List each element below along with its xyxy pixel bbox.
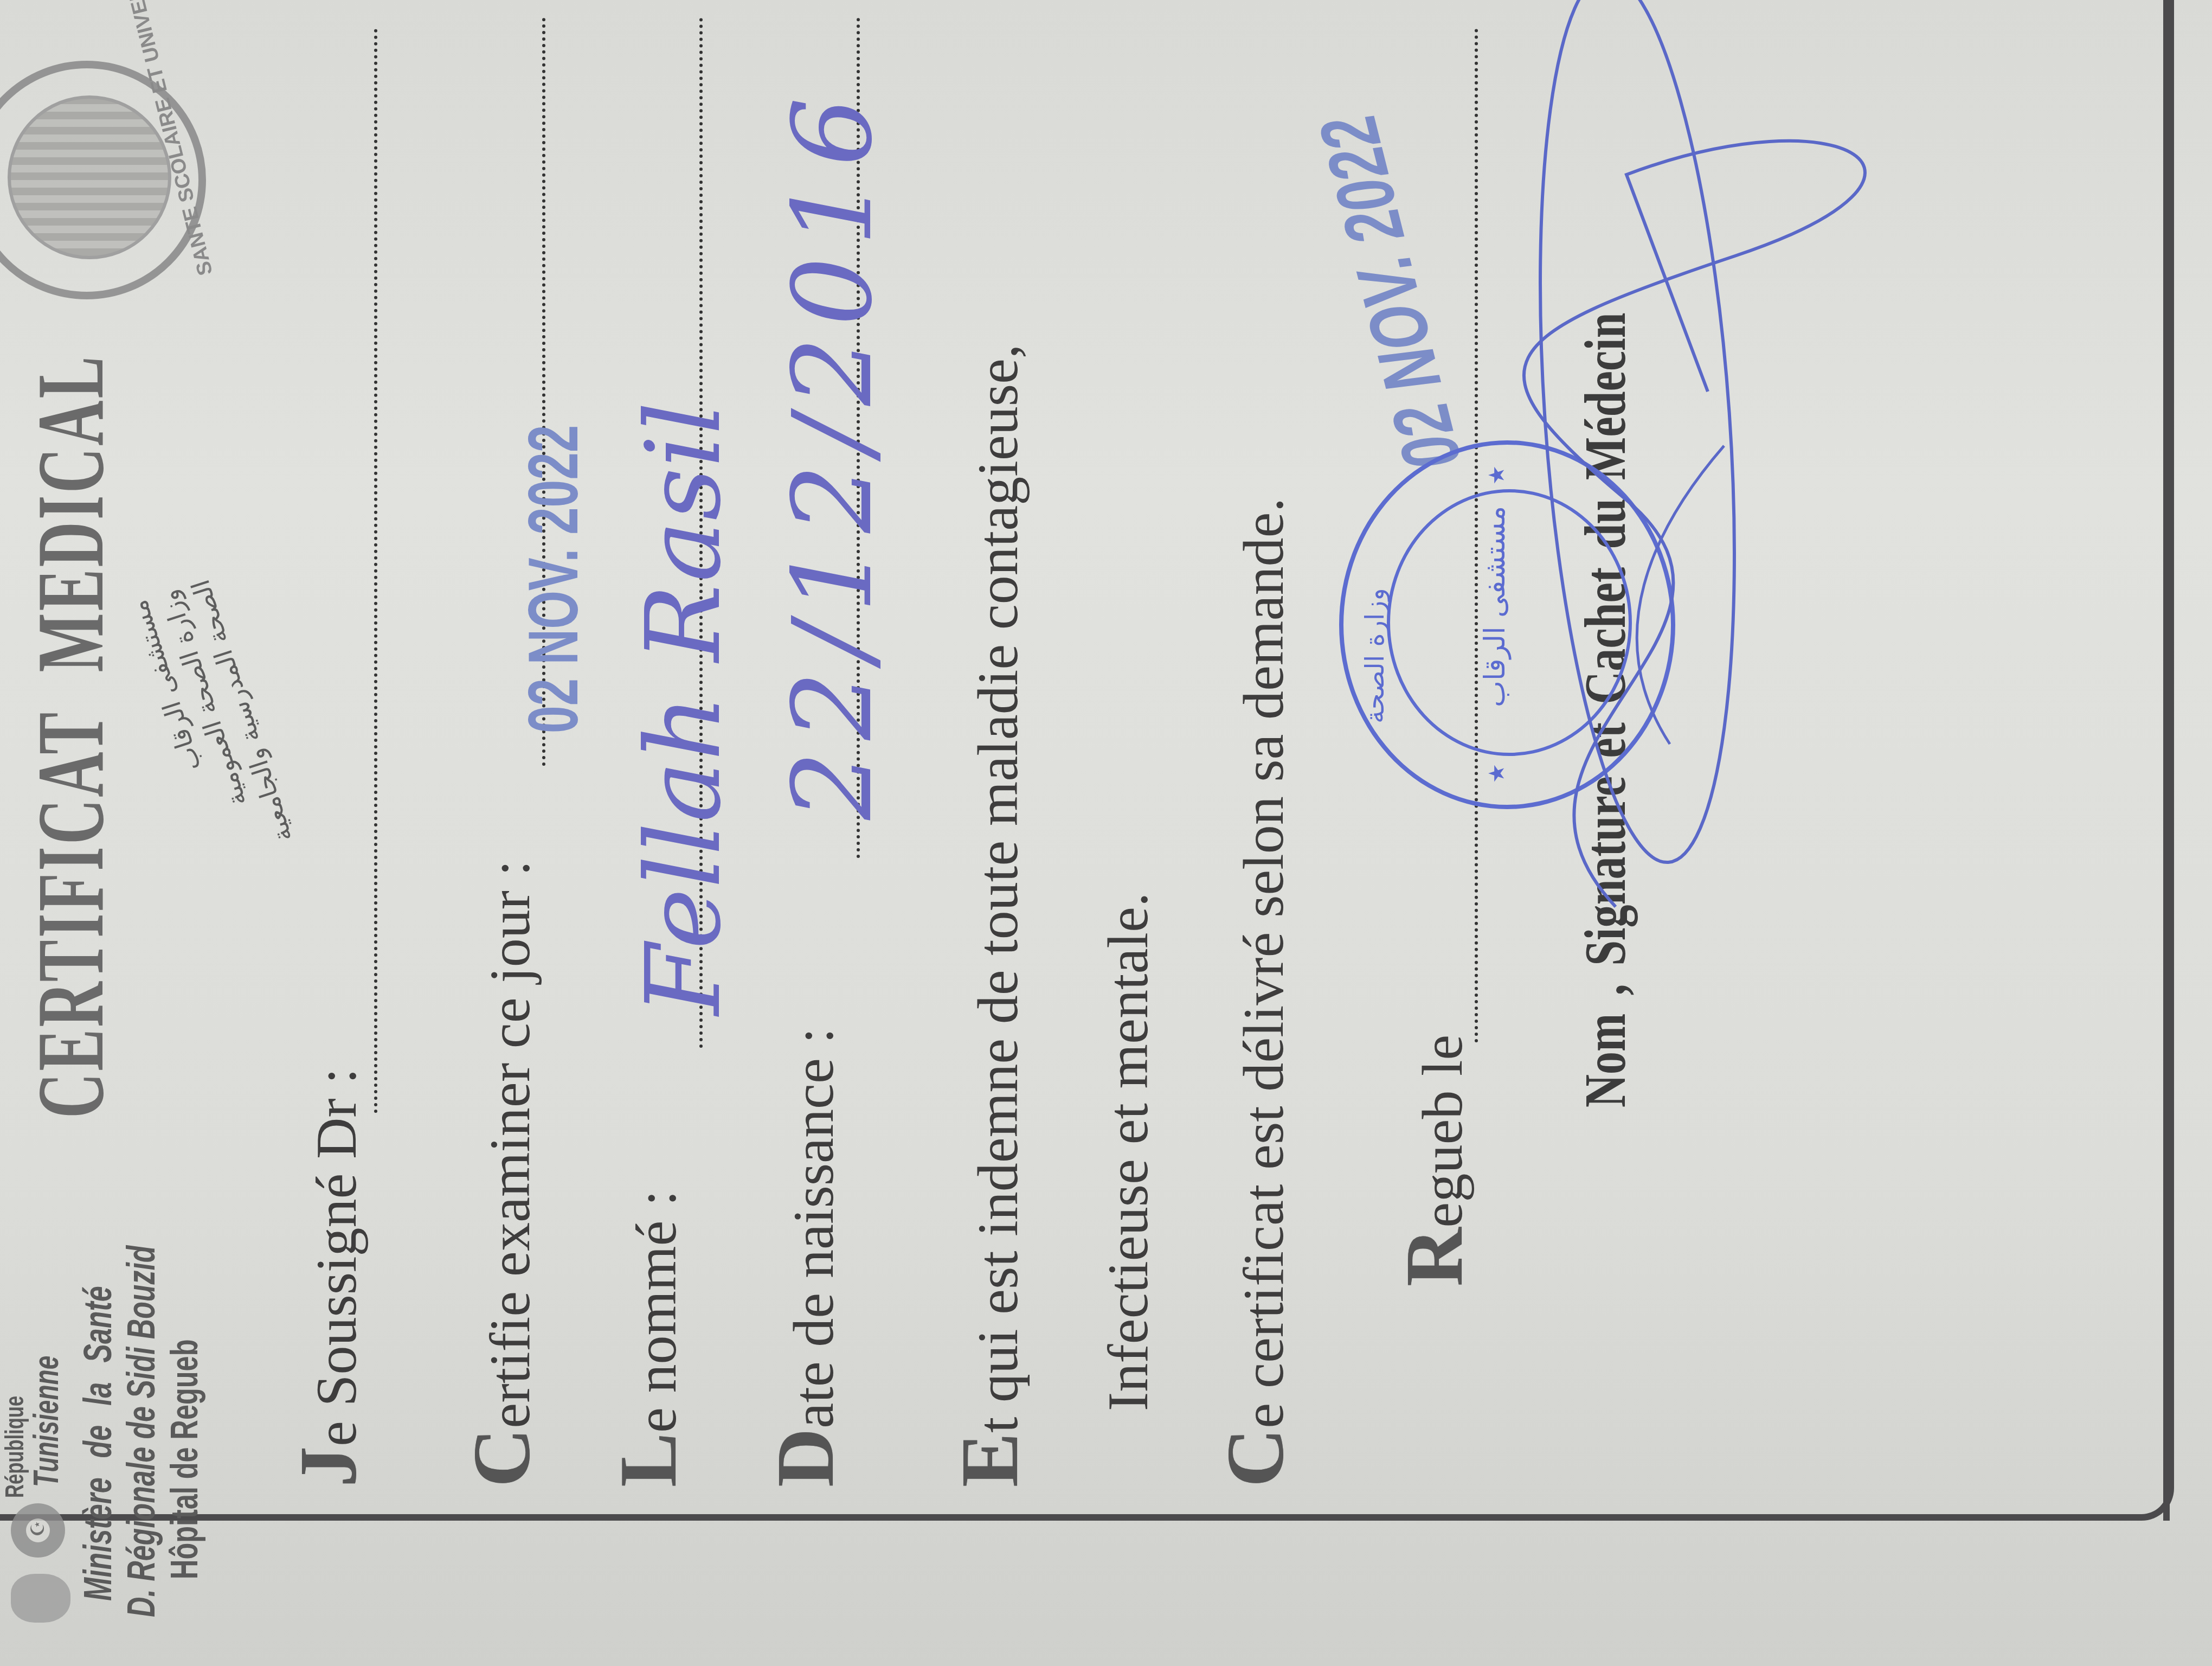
doctor-signature bbox=[0, 0, 2212, 1666]
certificate-page: ☪ République Tunisienne Ministère de la … bbox=[0, 0, 2212, 1666]
